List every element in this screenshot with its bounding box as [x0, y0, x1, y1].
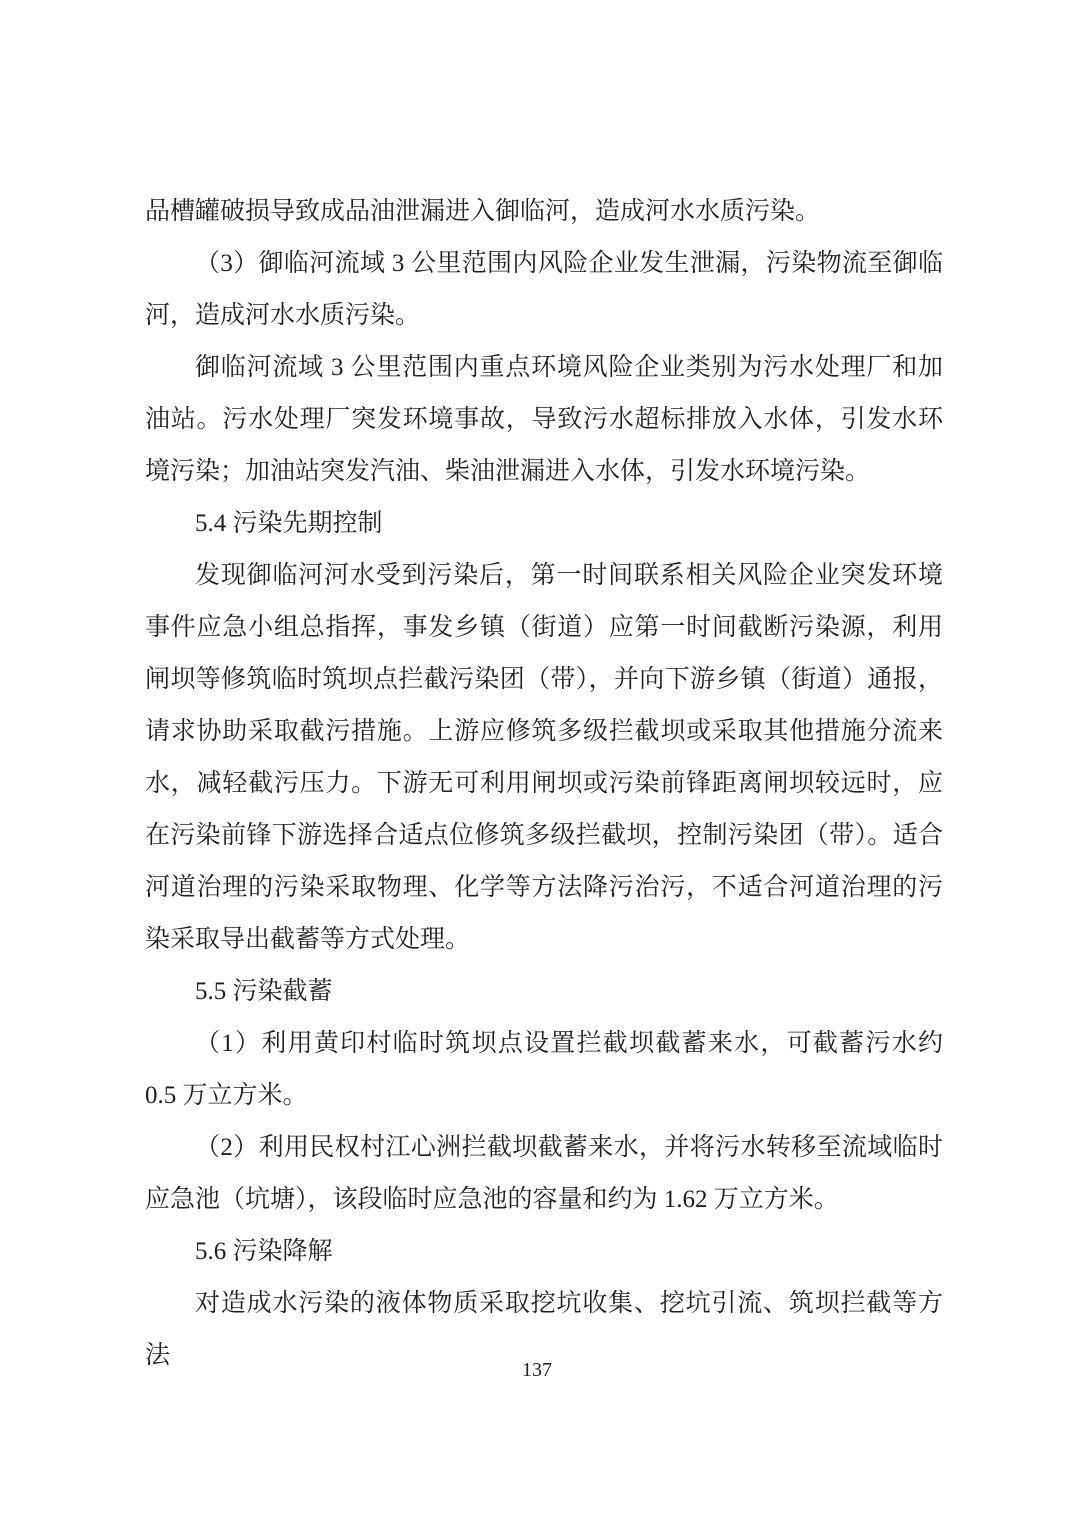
page-number: 137 — [0, 1355, 1074, 1385]
section-heading-5-5: 5.5 污染截蓄 — [145, 966, 943, 1018]
document-page: 品槽罐破损导致成品油泄漏进入御临河，造成河水水质污染。 （3）御临河流域 3 公… — [0, 0, 1074, 1520]
section-heading-5-4: 5.4 污染先期控制 — [145, 498, 943, 550]
paragraph: 品槽罐破损导致成品油泄漏进入御临河，造成河水水质污染。 — [145, 186, 943, 238]
paragraph: 御临河流域 3 公里范围内重点环境风险企业类别为污水处理厂和加油站。污水处理厂突… — [145, 342, 943, 498]
paragraph: （2）利用民权村江心洲拦截坝截蓄来水，并将污水转移至流域临时应急池（坑塘），该段… — [145, 1122, 943, 1226]
paragraph: （1）利用黄印村临时筑坝点设置拦截坝截蓄来水，可截蓄污水约 0.5 万立方米。 — [145, 1018, 943, 1122]
section-heading-5-6: 5.6 污染降解 — [145, 1226, 943, 1278]
text-block: 品槽罐破损导致成品油泄漏进入御临河，造成河水水质污染。 （3）御临河流域 3 公… — [145, 186, 943, 1382]
paragraph: （3）御临河流域 3 公里范围内风险企业发生泄漏，污染物流至御临河，造成河水水质… — [145, 238, 943, 342]
paragraph: 发现御临河河水受到污染后，第一时间联系相关风险企业突发环境事件应急小组总指挥，事… — [145, 550, 943, 966]
